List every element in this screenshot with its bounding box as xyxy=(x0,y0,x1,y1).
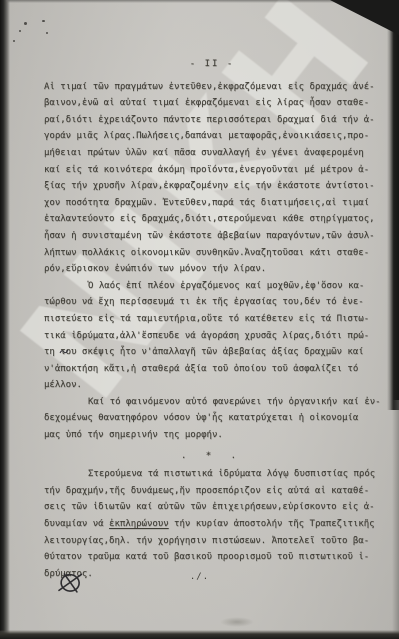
text-line: μήθειαι πρώτων ὑλῶν καί πᾶσα συναλλαγή ἐ… xyxy=(44,145,380,162)
text-line: δεχομένως θανατηφόρον νόσον ὑφ'ἧς κατατρ… xyxy=(44,410,380,427)
paragraph: Καί τό φαινόμενον αὐτό φανερώνει τήν ὀργ… xyxy=(44,394,380,444)
page-edge-shadow-right xyxy=(392,400,399,639)
text-line: λήπτων πολλάκις οἰκονομικῶν συνθηκῶν.Ἀνα… xyxy=(44,245,380,262)
text-line: μας ὑπό τήν σημερινήν της μορφήν. xyxy=(44,427,380,444)
scan-edge-right xyxy=(387,0,399,410)
speckle xyxy=(13,40,15,42)
paragraph: Ὁ λαός ἐπί πλέον ἐργαζόμενος καί μοχθῶν,… xyxy=(44,278,380,394)
scanned-document-page: ΝΙΚΗ - II - Αἱ τιμαί τῶν πραγμάτων ἐντεῦ… xyxy=(0,0,399,639)
text-line: χον ποσότητα δραχμῶν. Ἐντεῦθεν,παρά τάς … xyxy=(44,195,380,212)
underlined-word: ἐκπληρώνουν xyxy=(109,519,169,529)
text-line: Ὁ λαός ἐπί πλέον ἐργαζόμενος καί μοχθῶν,… xyxy=(44,278,380,295)
handwritten-correction-mark xyxy=(59,348,69,355)
speckle xyxy=(42,20,45,22)
text-line: Καί τό φαινόμενον αὐτό φανερώνει τήν ὀργ… xyxy=(44,394,380,411)
scan-edge-left xyxy=(0,0,10,639)
text-line: θύτατον τραῦμα κατά τοῦ βασικοῦ προορισμ… xyxy=(44,549,380,566)
section-divider: . * . xyxy=(44,448,380,465)
text-line: μέλλον. xyxy=(44,377,380,394)
text-line: πιστεύετο εἰς τά ταμιευτήρια,οὔτε τό κατ… xyxy=(44,311,380,328)
scan-edge-bottom xyxy=(0,630,399,639)
smudge xyxy=(220,617,254,627)
text-line: γοράν μιᾶς λίρας.Πωλήσεις,δαπάναι μεταφο… xyxy=(44,128,380,145)
page-number: - II - xyxy=(44,56,380,73)
body-text: Αἱ τιμαί τῶν πραγμάτων ἐντεῦθεν,ἐκφραζόμ… xyxy=(44,79,380,583)
paragraph: Αἱ τιμαί τῶν πραγμάτων ἐντεῦθεν,ἐκφραζόμ… xyxy=(44,79,380,278)
text-line: ξίας τήν χρυσῆν λίραν,ἐκφραζομένην εἰς τ… xyxy=(44,178,380,195)
text-line: ρόν,εὕρισκον ἐνώπιόν των μόνον τήν λίραν… xyxy=(44,261,380,278)
text-line: τήν δραχμήν,τῆς δυνάμεως,ἥν προσεπόριζον… xyxy=(44,483,380,500)
text-line: δυναμίαν νά ἐκπληρώνουν τήν κυρίαν ἀποστ… xyxy=(44,516,380,533)
text-column: - II - Αἱ τιμαί τῶν πραγμάτων ἐντεῦθεν,ἐ… xyxy=(44,56,380,582)
text-line: ν'ἀποκτήση κἄτι,ἡ σταθερά ἀξία τοῦ ὁποίο… xyxy=(44,361,380,378)
text-line: Αἱ τιμαί τῶν πραγμάτων ἐντεῦθεν,ἐκφραζόμ… xyxy=(44,79,380,96)
text-line: καί εἰς τά κοινότερα ἀκόμη προϊόντα,ἐνερ… xyxy=(44,162,380,179)
text-line: ραί,διότι ἐχρειάζοντο πάντοτε περισσότερ… xyxy=(44,112,380,129)
text-line: τη του σκέψις ἦτο ν'ἀπαλλαγῆ τῶν ἀβεβαία… xyxy=(44,344,380,361)
text-line: Στερούμενα τά πιστωτικά ἱδρύματα λόγῳ δυ… xyxy=(44,466,380,483)
text-line: βαινον,ἐνῶ αἱ αὐταί τιμαί ἐκφραζόμεναι ε… xyxy=(44,95,380,112)
speckle xyxy=(46,32,48,34)
text-line: τικά ἱδρύματα,ἀλλ'ἔσπευδε νά ἀγοράση χρυ… xyxy=(44,328,380,345)
text-line: τώρθου νά ἔχη περίσσευμά τι ἐκ τῆς ἐργασ… xyxy=(44,294,380,311)
text-line: λειτουργίας,δηλ. τήν χορήγησιν πιστώσεων… xyxy=(44,533,380,550)
handwritten-circled-cross-mark xyxy=(56,568,86,600)
text-line: ἐταλαντεύοντο εἰς δραχμάς,διότι,στερούμε… xyxy=(44,211,380,228)
speckle xyxy=(24,22,27,25)
text-line: ἦσαν ἡ συνισταμένη τῶν ἑκάστοτε ἀβεβαίων… xyxy=(44,228,380,245)
text-line: σεις τῶν ἰδιωτῶν καί αὐτῶν τῶν ἐπιχειρήσ… xyxy=(44,499,380,516)
paragraph: Στερούμενα τά πιστωτικά ἱδρύματα λόγῳ δυ… xyxy=(44,466,380,582)
speckle xyxy=(19,30,21,32)
